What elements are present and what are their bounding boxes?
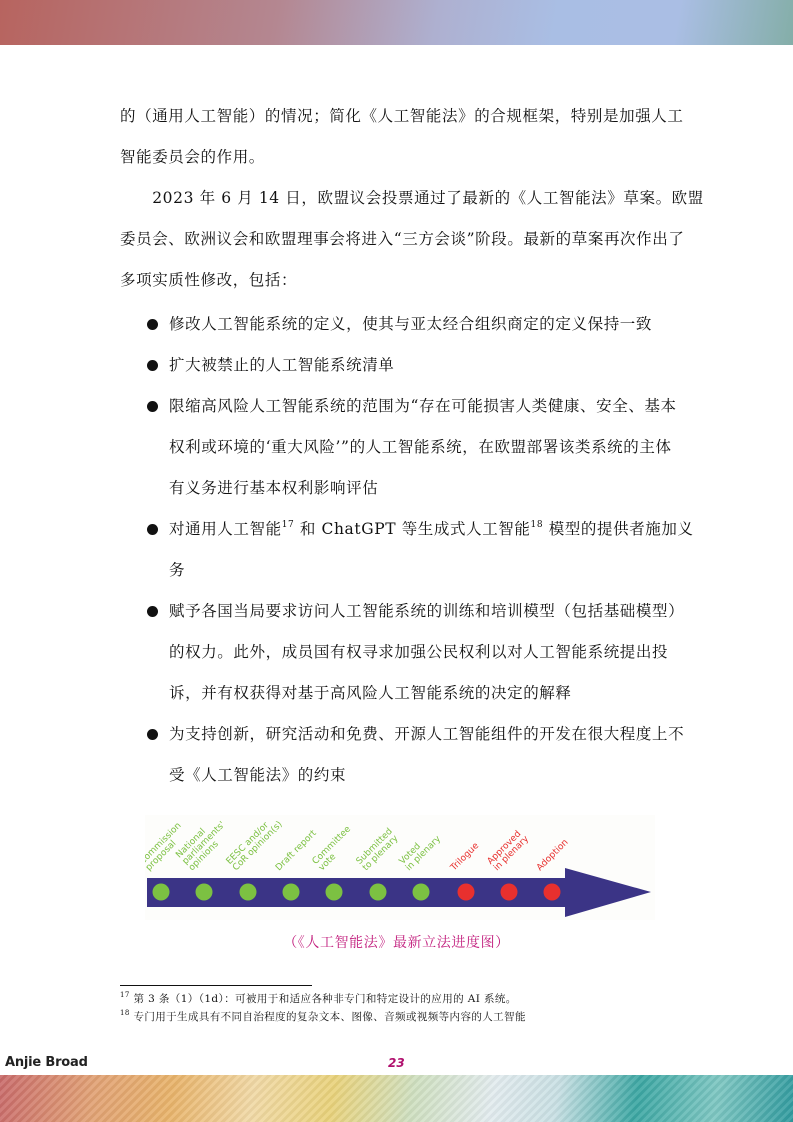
- list-item-text: 限缩高风险人工智能系统的范围为“存在可能损害人类健康、安全、基本: [169, 386, 677, 427]
- text-run: 和 ChatGPT 等生成式人工智能: [294, 520, 530, 538]
- progress-arrow-shape: [147, 868, 651, 917]
- stage-label: Trilogue: [448, 841, 481, 874]
- figure-caption: （《人工智能法》最新立法进度图）: [0, 932, 793, 952]
- list-item-text: 的权力。此外，成员国有权寻求加强公民权利以对人工智能系统提出投: [169, 632, 677, 673]
- stage-label: Adoption: [535, 838, 570, 873]
- stage-label: Approvedin plenary: [486, 827, 532, 873]
- footnote-number: 17: [120, 991, 130, 999]
- bullet-icon: [147, 360, 158, 371]
- stage-label: Votedin plenary: [398, 827, 444, 873]
- list-item-text: 务: [169, 550, 677, 591]
- paragraph-line: 委员会、欧洲议会和欧盟理事会将进入“三方会谈”阶段。最新的草案再次作出了: [120, 219, 675, 260]
- header-gradient-band: [0, 0, 793, 45]
- bullet-icon: [147, 729, 158, 740]
- text-run: 对通用人工智能: [169, 520, 282, 538]
- list-item: 扩大被禁止的人工智能系统清单: [147, 345, 677, 386]
- stage-label: Nationalparliaments'opinions: [174, 815, 234, 873]
- list-item: 限缩高风险人工智能系统的范围为“存在可能损害人类健康、安全、基本 权利或环境的‘…: [147, 386, 677, 509]
- bullet-icon: [147, 401, 158, 412]
- list-item-text: 诉，并有权获得对基于高风险人工智能系统的决定的解释: [169, 673, 677, 714]
- list-item-text: 有义务进行基本权利影响评估: [169, 468, 677, 509]
- stage-dot-completed: [413, 884, 430, 901]
- stage-dot-pending: [544, 884, 561, 901]
- list-item: 为支持创新，研究活动和免费、开源人工智能组件的开发在很大程度上不 受《人工智能法…: [147, 714, 677, 796]
- paragraph-1: 的（通用人工智能）的情况；简化《人工智能法》的合规框架，特别是加强人工 智能委员…: [120, 96, 675, 178]
- amendments-list: 修改人工智能系统的定义，使其与亚太经合组织商定的定义保持一致 扩大被禁止的人工智…: [147, 304, 677, 796]
- progress-arrow-diagram: CommissionproposalNationalparliaments'op…: [145, 815, 655, 920]
- footnote-18: 18 专门用于生成具有不同自治程度的复杂文本、图像、音频或视频等内容的人工智能: [120, 1009, 526, 1024]
- bullet-icon: [147, 524, 158, 535]
- footnote-17: 17 第 3 条（1）（1d）：可被用于和适应各种非专门和特定设计的应用的 AI…: [120, 991, 517, 1006]
- list-item: 修改人工智能系统的定义，使其与亚太经合组织商定的定义保持一致: [147, 304, 677, 345]
- stage-dot-completed: [240, 884, 257, 901]
- paragraph-2: 2023 年 6 月 14 日，欧盟议会投票通过了最新的《人工智能法》草案。欧盟…: [120, 178, 675, 301]
- footnote-text: 专门用于生成具有不同自治程度的复杂文本、图像、音频或视频等内容的人工智能: [130, 1011, 526, 1023]
- stage-dot-completed: [196, 884, 213, 901]
- list-item-text: 扩大被禁止的人工智能系统清单: [169, 345, 677, 386]
- list-item-text: 受《人工智能法》的约束: [169, 755, 677, 796]
- list-item-text: 修改人工智能系统的定义，使其与亚太经合组织商定的定义保持一致: [169, 304, 677, 345]
- stage-dot-completed: [283, 884, 300, 901]
- legislative-progress-figure: CommissionproposalNationalparliaments'op…: [145, 815, 655, 920]
- paragraph-line: 的（通用人工智能）的情况；简化《人工智能法》的合规框架，特别是加强人工: [120, 96, 675, 137]
- footnote-divider: [120, 985, 312, 986]
- list-item-text: 权利或环境的‘重大风险’”的人工智能系统，在欧盟部署该类系统的主体: [169, 427, 677, 468]
- bullet-icon: [147, 319, 158, 330]
- stage-dot-pending: [458, 884, 475, 901]
- list-item-text: 对通用人工智能17 和 ChatGPT 等生成式人工智能18 模型的提供者施加义: [169, 509, 677, 550]
- footnote-text: 第 3 条（1）（1d）：可被用于和适应各种非专门和特定设计的应用的 AI 系统…: [130, 993, 517, 1005]
- footnote-ref-17[interactable]: 17: [282, 520, 295, 530]
- text-run: 模型的提供者施加义: [543, 520, 693, 538]
- stage-dot-completed: [370, 884, 387, 901]
- paragraph-line: 智能委员会的作用。: [120, 137, 675, 178]
- paragraph-line: 2023 年 6 月 14 日，欧盟议会投票通过了最新的《人工智能法》草案。欧盟: [120, 178, 675, 219]
- footer-painted-band: [0, 1075, 793, 1122]
- footnote-ref-18[interactable]: 18: [531, 520, 544, 530]
- list-item: 赋予各国当局要求访问人工智能系统的训练和培训模型（包括基础模型） 的权力。此外，…: [147, 591, 677, 714]
- list-item-text: 为支持创新，研究活动和免费、开源人工智能组件的开发在很大程度上不: [169, 714, 677, 755]
- author-name: Anjie Broad: [5, 1055, 88, 1070]
- list-item-text: 赋予各国当局要求访问人工智能系统的训练和培训模型（包括基础模型）: [169, 591, 677, 632]
- footnote-number: 18: [120, 1009, 130, 1017]
- paragraph-line: 多项实质性修改，包括：: [120, 260, 675, 301]
- stage-label: Draft report: [274, 828, 319, 873]
- stage-dot-pending: [501, 884, 518, 901]
- bullet-icon: [147, 606, 158, 617]
- stage-dot-completed: [326, 884, 343, 901]
- page-number: 23: [388, 1056, 405, 1070]
- stage-label: Committeevote: [311, 824, 360, 873]
- stage-label: Submittedto plenary: [355, 827, 401, 873]
- stage-dot-completed: [153, 884, 170, 901]
- list-item: 对通用人工智能17 和 ChatGPT 等生成式人工智能18 模型的提供者施加义…: [147, 509, 677, 591]
